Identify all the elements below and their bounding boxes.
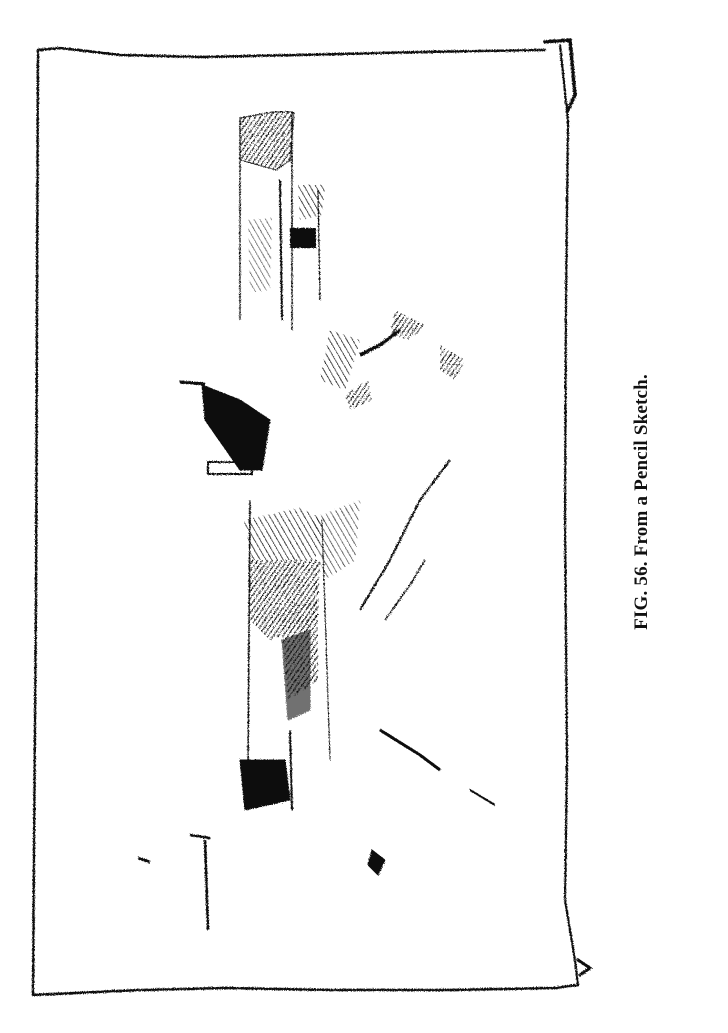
pencil-sketch-illustration	[0, 0, 728, 1033]
figure-caption: FIG. 56. From a Pencil Sketch.	[631, 374, 653, 630]
document-page: FIG. 56. From a Pencil Sketch.	[0, 0, 728, 1033]
